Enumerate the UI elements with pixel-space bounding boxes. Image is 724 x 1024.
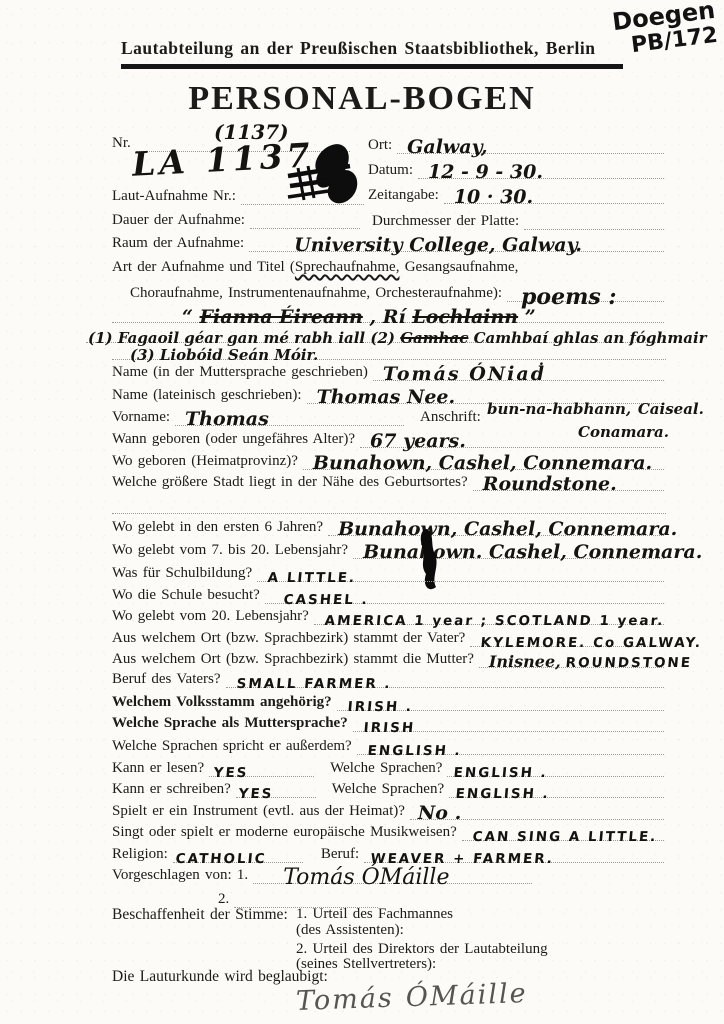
muttersprache-row: Welche Sprache als Muttersprache? IRISH	[112, 712, 664, 732]
muttersprache-label: Welche Sprache als Muttersprache?	[112, 716, 353, 732]
kann-lesen-row: Kann er lesen? YES Welche Sprachen? ENGL…	[112, 757, 664, 777]
durchmesser-label: Durchmesser der Platte:	[372, 214, 524, 230]
wann-geboren-row: Wann geboren (oder ungefähres Alter)? 67…	[112, 428, 664, 448]
dotted-line: CATHOLIC	[173, 845, 303, 863]
dotted-line: CASHEL .	[265, 586, 664, 604]
datum-label: Datum:	[368, 163, 418, 179]
anschrift-handwriting-line1: bun-na-habhann, Caiseal.	[487, 400, 704, 418]
erste-6-jahre-row: Wo gelebt in den ersten 6 Jahren? Bunaho…	[112, 516, 664, 536]
schreiben-sprachen-label: Welche Sprachen?	[316, 782, 449, 798]
vorname-label: Vorname:	[112, 410, 175, 426]
dotted-line: IRISH .	[337, 693, 664, 711]
zeitangabe-value-handwriting: 10 · 30.	[454, 188, 533, 207]
raum-value-handwriting: University College, Galway.	[294, 236, 582, 255]
beruf-vater-handwriting: SMALL FARMER .	[236, 678, 392, 692]
volksstamm-row: Welchem Volksstamm angehörig? IRISH .	[112, 691, 664, 711]
vorname-row: Vorname: Thomas	[112, 406, 404, 426]
art-line2-label: Choraufnahme, Instrumentenaufnahme, Orch…	[130, 286, 507, 302]
dauer-label: Dauer der Aufnahme:	[112, 213, 250, 229]
ab-20-lebensjahr-label: Wo gelebt vom 20. Lebensjahr?	[112, 609, 314, 625]
groessere-stadt-row: Welche größere Stadt liegt in der Nähe d…	[112, 471, 664, 491]
ort-label: Ort:	[368, 138, 397, 154]
beruf-vater-label: Beruf des Vaters?	[112, 672, 226, 688]
dotted-line: “ Fianna Éireann , Rí Lochlainn ”	[112, 305, 664, 323]
dotted-line	[524, 212, 664, 230]
dotted-line: CAN SING A LITTLE.	[462, 823, 664, 841]
muttersprache-handwriting: IRISH	[363, 722, 416, 736]
datum-row: Datum: 12 - 9 - 30.	[368, 159, 664, 179]
dotted-line: Bunahown, Cashel, Connemara.	[328, 518, 664, 536]
dotted-line: Tomás ÓMáille	[253, 866, 532, 884]
herkunft-vater-row: Aus welchem Ort (bzw. Sprachbezirk) stam…	[112, 627, 664, 647]
ab-20-lebensjahr-row: Wo gelebt vom 20. Lebensjahr? AMERICA 1 …	[112, 605, 664, 625]
laut-aufnahme-label: Laut-Aufnahme Nr.:	[112, 189, 241, 205]
name-gaelic-handwriting: Tomás ÓNiaḋ	[383, 365, 546, 384]
erste-6-jahre-handwriting: Bunahown, Cashel, Connemara.	[338, 520, 677, 539]
dotted-line: Bunahown. Cashel, Connemara.	[353, 541, 664, 559]
raum-row: Raum der Aufnahme: University College, G…	[112, 232, 664, 252]
schulbildung-label: Was für Schulbildung?	[112, 566, 257, 582]
dotted-line: University College, Galway.	[249, 234, 664, 252]
dotted-line: 10 · 30.	[444, 186, 664, 204]
ab-20-handwriting: AMERICA 1 year ; SCOTLAND 1 year.	[324, 615, 665, 629]
alter-handwriting: 67 years.	[370, 432, 466, 451]
dauer-row: Dauer der Aufnahme:	[112, 209, 360, 229]
dotted-line: (3) Liobóid Seán Móir.	[112, 342, 666, 360]
laut-aufnahme-row: Laut-Aufnahme Nr.:	[112, 185, 364, 205]
weitere-sprachen-row: Welche Sprachen spricht er außerdem? ENG…	[112, 735, 664, 755]
signature-handwriting: Tomás ÓMáille	[296, 978, 529, 1017]
dotted-line: ENGLISH .	[449, 780, 664, 798]
herkunft-mutter-label: Aus welchem Ort (bzw. Sprachbezirk) stam…	[112, 652, 479, 668]
lebensjahr-7-20-row: Wo gelebt vom 7. bis 20. Lebensjahr? Bun…	[112, 539, 664, 559]
schreiben-sprachen-handwriting: ENGLISH .	[455, 788, 550, 802]
schule-besucht-row: Wo die Schule besucht? CASHEL .	[112, 584, 664, 604]
kann-lesen-label: Kann er lesen?	[112, 761, 209, 777]
dotted-line: IRISH	[353, 714, 664, 732]
kann-schreiben-row: Kann er schreiben? YES Welche Sprachen? …	[112, 778, 664, 798]
lebensjahr-7-20-label: Wo gelebt vom 7. bis 20. Lebensjahr?	[112, 543, 353, 559]
erste-6-jahre-label: Wo gelebt in den ersten 6 Jahren?	[112, 520, 328, 536]
herkunft-vater-label: Aus welchem Ort (bzw. Sprachbezirk) stam…	[112, 631, 470, 647]
beruf-label: Beruf:	[303, 847, 364, 863]
dotted-line: A LITTLE.	[257, 564, 664, 582]
dotted-line: ENGLISH .	[447, 759, 664, 777]
dotted-line: YES	[209, 759, 314, 777]
dotted-line: 12 - 9 - 30.	[418, 161, 664, 179]
dotted-line: No .	[410, 802, 664, 820]
instrument-label: Spielt er ein Instrument (evtl. aus der …	[112, 804, 410, 820]
ort-value-handwriting: Galway,	[407, 138, 487, 157]
dotted-line: KYLEMORE. Co GALWAY.	[470, 629, 664, 647]
beruf-vater-row: Beruf des Vaters? SMALL FARMER .	[112, 668, 664, 688]
scanned-form-page: Doegen PB/172 Lautabteilung an der Preuß…	[0, 0, 724, 1024]
dotted-line: Galway,	[397, 136, 664, 154]
stimme-label: Beschaffenheit der Stimme:	[112, 906, 288, 924]
vorgeschlagen-label: Vorgeschlagen von: 1.	[112, 868, 253, 884]
musikweisen-handwriting: CAN SING A LITTLE.	[472, 831, 658, 845]
art-line1-post: Gesangsaufnahme,	[399, 259, 518, 275]
lesen-sprachen-label: Welche Sprachen?	[314, 761, 447, 777]
dotted-line: SMALL FARMER .	[226, 670, 664, 688]
zeitangabe-label: Zeitangabe:	[368, 188, 444, 204]
groessere-stadt-label: Welche größere Stadt liegt in der Nähe d…	[112, 475, 473, 491]
kann-schreiben-label: Kann er schreiben?	[112, 782, 236, 798]
weitere-sprachen-label: Welche Sprachen spricht er außerdem?	[112, 739, 357, 755]
vorname-handwriting: Thomas	[185, 410, 269, 429]
vorgeschlagen-handwriting: Tomás ÓMáille	[283, 867, 449, 889]
religion-beruf-row: Religion: CATHOLIC Beruf: WEAVER + FARME…	[112, 843, 664, 863]
dotted-line: Thomas	[175, 408, 404, 426]
art-line1-underlined: Sprechaufnahme,	[295, 259, 400, 275]
herkunft-mutter-row: Aus welchem Ort (bzw. Sprachbezirk) stam…	[112, 648, 664, 668]
musikweisen-row: Singt oder spielt er moderne europäische…	[112, 821, 664, 841]
blank-ruled-line	[112, 494, 666, 514]
schreiben-handwriting: YES	[238, 788, 274, 802]
urteil-fachmann-line2: (des Assistenten):	[296, 922, 404, 939]
zeitangabe-row: Zeitangabe: 10 · 30.	[368, 184, 664, 204]
dotted-line: Roundstone.	[473, 473, 664, 491]
gaelic-titles-row-2: (3) Liobóid Seán Móir.	[112, 340, 666, 360]
title-handwriting-row: “ Fianna Éireann , Rí Lochlainn ”	[112, 303, 664, 323]
letterhead: Lautabteilung an der Preußischen Staatsb…	[121, 38, 623, 69]
art-der-aufnahme-line2: Choraufnahme, Instrumentenaufnahme, Orch…	[130, 282, 664, 302]
name-latein-label: Name (lateinisch geschrieben):	[112, 388, 307, 404]
vorgeschlagen-row-2: 2.	[218, 888, 378, 908]
dotted-line: Tomás ÓNiaḋ	[373, 363, 664, 381]
dotted-line	[250, 211, 360, 229]
anschrift-label: Anschrift:	[420, 409, 481, 426]
schulbildung-handwriting: A LITTLE.	[267, 572, 357, 586]
instrument-row: Spielt er ein Instrument (evtl. aus der …	[112, 800, 664, 820]
vorgeschlagen-row: Vorgeschlagen von: 1. Tomás ÓMáille	[112, 864, 532, 884]
form-title: PERSONAL-BOGEN	[0, 80, 724, 118]
schulbildung-row: Was für Schulbildung? A LITTLE.	[112, 562, 664, 582]
dotted-line: YES	[236, 780, 316, 798]
name-latein-handwriting: Thomas Nee.	[317, 388, 456, 407]
ort-row: Ort: Galway,	[368, 134, 664, 154]
dotted-line: Bunahown, Cashel, Connemara.	[303, 452, 664, 470]
dotted-line: Inisnee, ROUNDSTONE	[479, 650, 664, 668]
dotted-line: poems :	[507, 284, 664, 302]
raum-label: Raum der Aufnahme:	[112, 236, 249, 252]
schule-besucht-label: Wo die Schule besucht?	[112, 588, 265, 604]
name-muttersprache-label: Name (in der Muttersprache geschrieben)	[112, 365, 373, 381]
dotted-line	[241, 187, 364, 205]
art-line1-pre: Art der Aufnahme und Titel (	[112, 259, 295, 275]
datum-value-handwriting: 12 - 9 - 30.	[428, 163, 543, 182]
beglaubigt-label: Die Lauturkunde wird beglaubigt:	[112, 968, 328, 986]
dotted-line	[112, 496, 666, 514]
volksstamm-label: Welchem Volksstamm angehörig?	[112, 695, 337, 711]
dotted-line: ENGLISH .	[357, 737, 664, 755]
dotted-line: 67 years.	[360, 430, 664, 448]
musikweisen-label: Singt oder spielt er moderne europäische…	[112, 825, 462, 841]
name-muttersprache-row: Name (in der Muttersprache geschrieben) …	[112, 361, 664, 381]
art-der-aufnahme-line1: Art der Aufnahme und Titel (Sprechaufnah…	[112, 259, 518, 276]
wo-geboren-row: Wo geboren (Heimatprovinz)? Bunahown, Ca…	[112, 450, 664, 470]
dotted-line: WEAVER + FARMER.	[364, 845, 664, 863]
religion-label: Religion:	[112, 847, 173, 863]
durchmesser-row: Durchmesser der Platte:	[372, 210, 664, 230]
wann-geboren-label: Wann geboren (oder ungefähres Alter)?	[112, 432, 360, 448]
wo-geboren-label: Wo geboren (Heimatprovinz)?	[112, 454, 303, 470]
stadt-handwriting: Roundstone.	[483, 475, 617, 494]
urteil-fachmann-line1: 1. Urteil des Fachmannes	[296, 906, 453, 923]
dotted-line: AMERICA 1 year ; SCOTLAND 1 year.	[314, 607, 664, 625]
weitere-sprachen-handwriting: ENGLISH .	[367, 745, 462, 759]
